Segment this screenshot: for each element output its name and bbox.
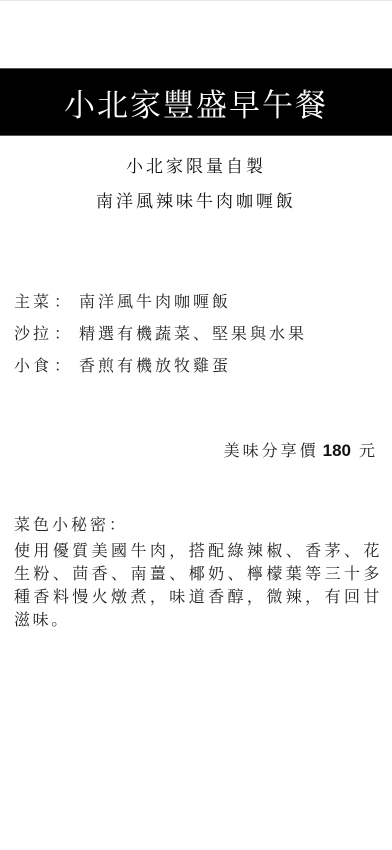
notes-body: 使用優質美國牛肉，搭配綠辣椒、香茅、花生粉、茴香、南薑、椰奶、檸檬葉等三十多種香…: [14, 539, 382, 631]
menu-item-separator: ：: [54, 289, 73, 312]
menu-item-value: 精選有機蔬菜、堅果與水果: [79, 321, 307, 344]
price-currency: 元: [359, 438, 378, 461]
subtitle-line-1: 小北家限量自製: [0, 152, 392, 177]
menu-item-separator: ：: [54, 353, 73, 376]
menu-item-side: 小食 ： 香煎有機放牧雞蛋: [14, 348, 384, 380]
menu-item-value: 香煎有機放牧雞蛋: [79, 353, 231, 376]
price-label: 美味分享價: [224, 438, 319, 461]
menu-item-salad: 沙拉 ： 精選有機蔬菜、堅果與水果: [14, 316, 384, 348]
menu-item-value: 南洋風牛肉咖喱飯: [79, 289, 231, 312]
menu-list: 主菜 ： 南洋風牛肉咖喱飯 沙拉 ： 精選有機蔬菜、堅果與水果 小食 ： 香煎有…: [14, 284, 384, 380]
menu-item-separator: ：: [54, 321, 73, 344]
menu-item-label: 沙拉: [14, 321, 52, 344]
menu-item-label: 主菜: [14, 289, 52, 312]
price-row: 美味分享價 180 元: [224, 438, 378, 461]
menu-item-label: 小食: [14, 353, 52, 376]
page-title: 小北家豐盛早午餐: [64, 80, 328, 125]
price-amount: 180: [323, 441, 351, 461]
top-divider: [0, 0, 392, 1]
notes-heading: 菜色小秘密：: [14, 512, 128, 535]
dish-name: 南洋風辣味牛肉咖喱飯: [0, 187, 392, 212]
menu-item-main: 主菜 ： 南洋風牛肉咖喱飯: [14, 284, 384, 316]
header-banner: 小北家豐盛早午餐: [0, 68, 392, 136]
